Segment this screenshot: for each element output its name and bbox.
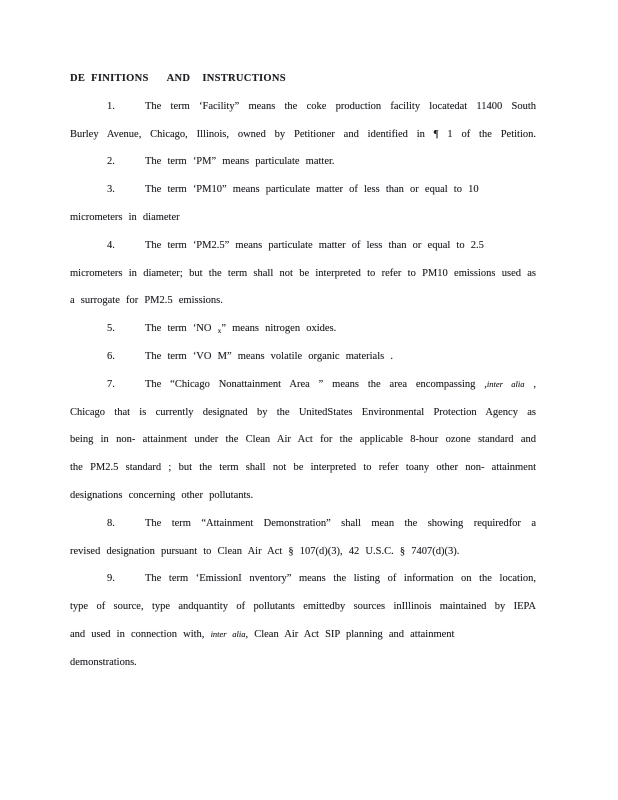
text-segment: demonstrations.: [70, 657, 137, 668]
text-segment: designations concerning other pollutants…: [70, 490, 253, 501]
paragraph-number: 5.: [107, 315, 145, 343]
paragraph-4-line-1: 4.The term ‘PM2.5” means particulate mat…: [70, 232, 536, 260]
paragraph-9-line-2: type of source, type andquantity of poll…: [70, 593, 536, 621]
text-segment: The “Chicago Nonattainment Area ” means …: [145, 379, 487, 390]
text-segment: the PM2.5 standard ; but the term shall …: [70, 462, 536, 473]
paragraph-7-line-1: 7.The “Chicago Nonattainment Area ” mean…: [70, 371, 536, 399]
paragraph-number: 4.: [107, 232, 145, 260]
text-segment: revised designation pursuant to Clean Ai…: [70, 546, 459, 557]
paragraph-1-line-1: 1.The term ‘Facility” means the coke pro…: [70, 93, 536, 121]
text-segment: ” means nitrogen oxides.: [221, 323, 336, 334]
paragraph-5-line-1: 5.The term ‘NO x” means nitrogen oxides.: [70, 315, 536, 343]
text-segment: ,: [525, 379, 537, 390]
paragraph-number: 7.: [107, 371, 145, 399]
paragraph-7-line-3: being in non- attainment under the Clean…: [70, 426, 536, 454]
text-segment: being in non- attainment under the Clean…: [70, 434, 536, 445]
text-segment: The term ‘NO: [145, 323, 218, 334]
text-segment: The term ‘PM2.5” means particulate matte…: [145, 240, 484, 251]
text-segment: Burley Avenue, Chicago, Illinois, owned …: [70, 129, 536, 140]
paragraph-9-line-4: demonstrations.: [70, 649, 536, 677]
paragraph-4-line-2: micrometers in diameter; but the term sh…: [70, 260, 536, 288]
italic-phrase: inter alia: [211, 629, 246, 639]
paragraph-number: 2.: [107, 148, 145, 176]
text-segment: a surrogate for PM2.5 emissions.: [70, 295, 223, 306]
paragraph-number: 6.: [107, 343, 145, 371]
paragraph-6-line-1: 6.The term ‘VO M” means volatile organic…: [70, 343, 536, 371]
document-body: 1.The term ‘Facility” means the coke pro…: [70, 93, 536, 677]
text-segment: Chicago that is currently designated by …: [70, 407, 536, 418]
paragraph-9-line-3: and used in connection with, inter alia,…: [70, 621, 536, 649]
paragraph-1-line-2: Burley Avenue, Chicago, Illinois, owned …: [70, 121, 536, 149]
text-segment: , Clean Air Act SIP planning and attainm…: [245, 629, 454, 640]
paragraph-9-line-1: 9.The term ‘EmissionI nventory” means th…: [70, 565, 536, 593]
text-segment: The term ‘PM10” means particulate matter…: [145, 184, 479, 195]
paragraph-number: 1.: [107, 93, 145, 121]
heading-definitions: DE FINITIONS: [70, 73, 149, 84]
paragraph-7-line-4: the PM2.5 standard ; but the term shall …: [70, 454, 536, 482]
paragraph-3-line-2: micrometers in diameter: [70, 204, 536, 232]
paragraph-8-line-1: 8.The term “Attainment Demonstration” sh…: [70, 510, 536, 538]
paragraph-2-line-1: 2.The term ‘PM” means particulate matter…: [70, 148, 536, 176]
paragraph-number: 8.: [107, 510, 145, 538]
text-segment: The term ‘PM” means particulate matter.: [145, 156, 335, 167]
text-segment: micrometers in diameter: [70, 212, 180, 223]
italic-phrase: inter alia: [487, 379, 525, 389]
text-segment: The term ‘EmissionI nventory” means the …: [145, 573, 536, 584]
paragraph-4-line-3: a surrogate for PM2.5 emissions.: [70, 287, 536, 315]
heading-instructions: INSTRUCTIONS: [202, 73, 286, 84]
paragraph-7-line-2: Chicago that is currently designated by …: [70, 399, 536, 427]
text-segment: and used in connection with,: [70, 629, 211, 640]
document-heading: DE FINITIONSANDINSTRUCTIONS: [70, 65, 536, 93]
heading-and: AND: [167, 73, 191, 84]
text-segment: type of source, type andquantity of poll…: [70, 601, 536, 612]
text-segment: The term ‘Facility” means the coke produ…: [145, 101, 536, 112]
paragraph-number: 3.: [107, 176, 145, 204]
paragraph-3-line-1: 3.The term ‘PM10” means particulate matt…: [70, 176, 536, 204]
document-page: DE FINITIONSANDINSTRUCTIONS 1.The term ‘…: [0, 0, 618, 800]
text-segment: micrometers in diameter; but the term sh…: [70, 268, 536, 279]
paragraph-7-line-5: designations concerning other pollutants…: [70, 482, 536, 510]
paragraph-number: 9.: [107, 565, 145, 593]
text-segment: The term “Attainment Demonstration” shal…: [145, 518, 536, 529]
paragraph-8-line-2: revised designation pursuant to Clean Ai…: [70, 538, 536, 566]
text-segment: The term ‘VO M” means volatile organic m…: [145, 351, 393, 362]
document-content: DE FINITIONSANDINSTRUCTIONS 1.The term ‘…: [70, 65, 536, 677]
